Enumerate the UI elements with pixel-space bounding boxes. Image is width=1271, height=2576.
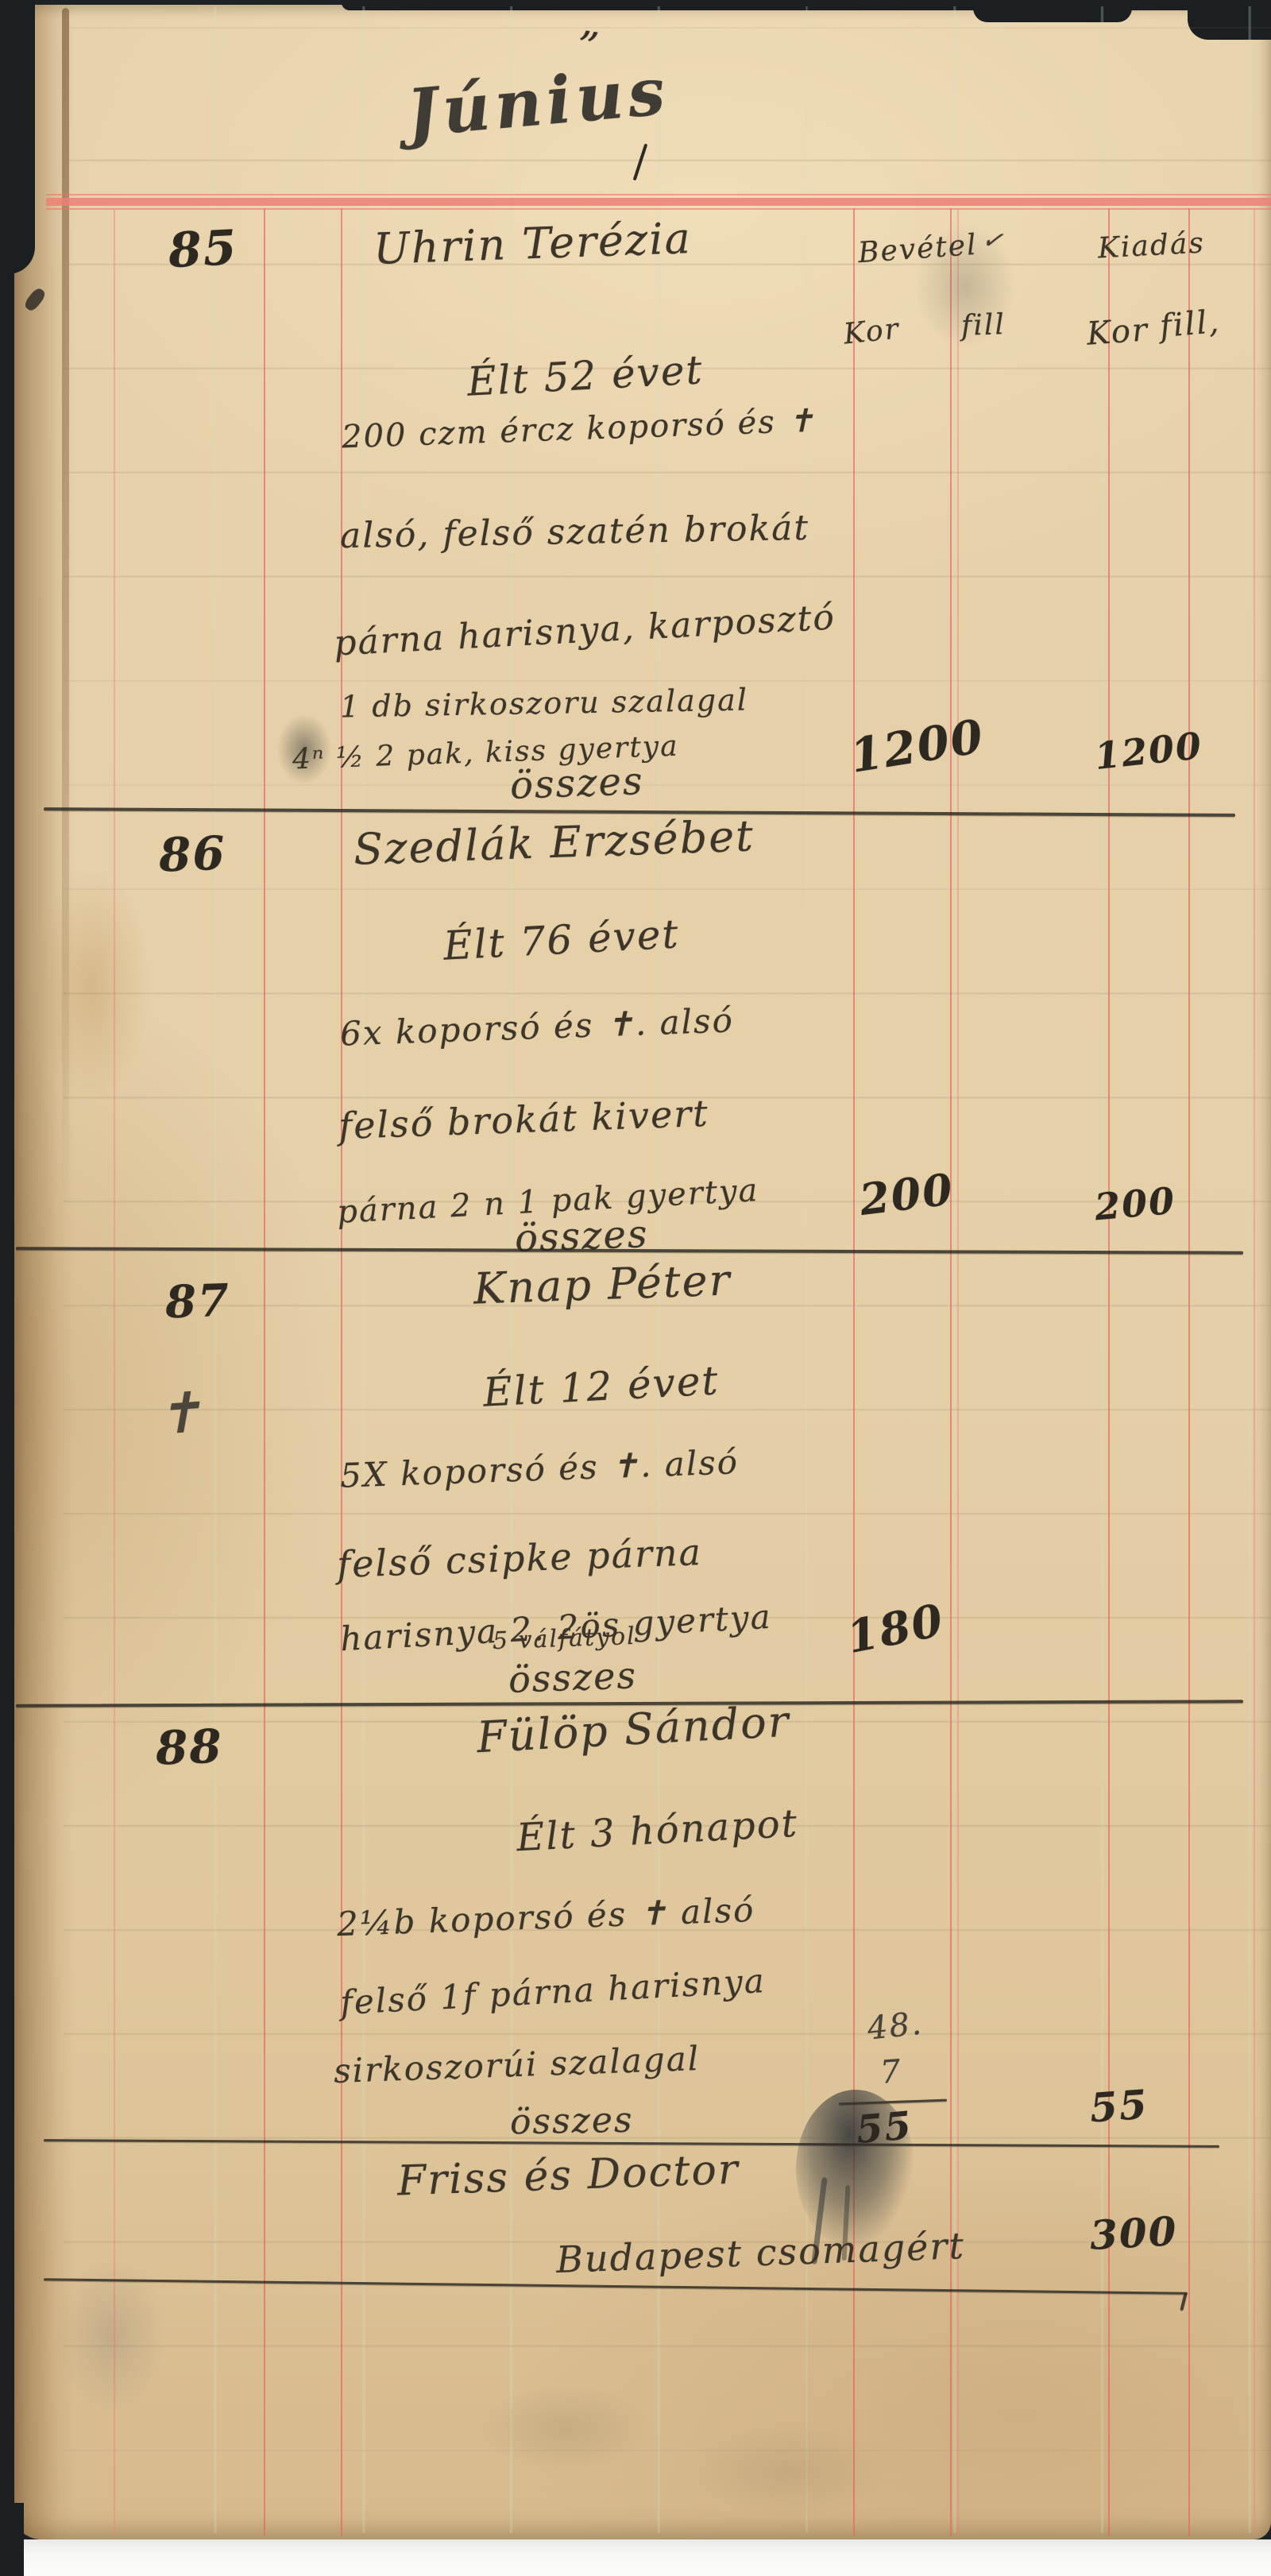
age-line: Élt 52 évet xyxy=(466,350,705,402)
income-amount: 200 xyxy=(857,1167,956,1221)
column-rule xyxy=(114,208,115,2536)
column-rule xyxy=(853,208,855,2536)
entry-number: 87 xyxy=(164,1278,231,1325)
total-label: összes xyxy=(508,1657,637,1698)
scanner-background xyxy=(21,2539,1271,2576)
inserted-item-line: 5 válfátyol xyxy=(493,1625,637,1654)
entry-number: 85 xyxy=(167,224,239,275)
age-line: Élt 12 évet xyxy=(482,1360,720,1413)
income-column-header: Bevétel xyxy=(857,231,979,268)
column-rule xyxy=(950,208,952,2536)
column-rule xyxy=(957,208,959,2536)
age-line: Élt 76 évet xyxy=(442,914,681,966)
check-mark: ✓ xyxy=(980,226,1006,254)
deceased-name: Knap Péter xyxy=(473,1259,732,1310)
column-rule xyxy=(264,208,265,2536)
deceased-name: Uhrin Terézia xyxy=(373,217,692,271)
income-kor-label: Kor xyxy=(842,315,901,349)
ledger-page-scan: ” Június Bevétel ✓ Kiadás Kor fill Kor f… xyxy=(0,0,1271,2576)
calc-addend: 48. xyxy=(866,2007,924,2044)
expense-fill-label: fill, xyxy=(1158,306,1221,342)
expense-amount: 1200 xyxy=(1093,727,1204,775)
scan-edge-left-top xyxy=(0,0,35,274)
month-divider-line xyxy=(46,194,1271,195)
scan-edge-left-bottom xyxy=(0,2503,24,2576)
total-label: összes xyxy=(510,2103,634,2141)
total-label: összes xyxy=(509,762,644,805)
column-rule xyxy=(1254,208,1255,2536)
column-rule xyxy=(1108,208,1110,2536)
income-fill-label: fill xyxy=(960,311,1006,341)
supplier-name: Friss és Doctor xyxy=(396,2149,740,2203)
death-cross-mark: ✝ xyxy=(154,1384,206,1443)
expense-amount: 55 xyxy=(1088,2084,1149,2128)
calc-addend: 7 xyxy=(879,2056,903,2089)
item-line: 1 db sirkoszoru szalagal xyxy=(340,685,749,722)
expense-amount: 300 xyxy=(1089,2211,1179,2256)
item-line: alsó, felső szatén brokát xyxy=(340,511,810,554)
expense-amount: 200 xyxy=(1093,1182,1177,1226)
entry-number: 88 xyxy=(155,1723,224,1772)
scan-edge-left xyxy=(0,0,14,2576)
expense-column-header: Kiadás xyxy=(1097,229,1206,263)
expense-kor-label: Kor xyxy=(1086,314,1150,350)
column-rule xyxy=(341,208,342,2536)
month-divider-line xyxy=(46,208,1271,210)
entry-number: 86 xyxy=(158,830,227,879)
column-rule xyxy=(1188,208,1190,2536)
month-divider-band xyxy=(46,198,1271,206)
